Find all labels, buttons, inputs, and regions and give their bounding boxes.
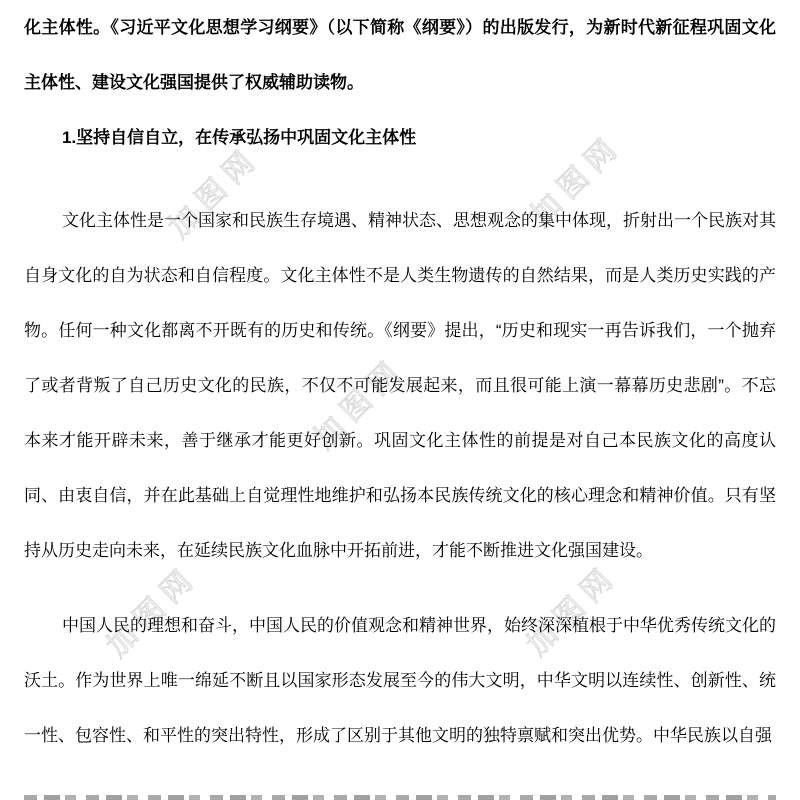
document-page: 加图网加图网加图网加图网加图网 化主体性。《习近平文化思想学习纲要》（以下简称《… bbox=[0, 0, 800, 800]
section-heading: 1.坚持自信自立，在传承弘扬中巩固文化主体性 bbox=[24, 110, 776, 165]
body-paragraph-2: 中国人民的理想和奋斗，中国人民的价值观念和精神世界，始终深深植根于中华优秀传统文… bbox=[24, 598, 776, 763]
document-content: 化主体性。《习近平文化思想学习纲要》（以下简称《纲要》）的出版发行，为新时代新征… bbox=[0, 0, 800, 763]
intro-paragraph: 化主体性。《习近平文化思想学习纲要》（以下简称《纲要》）的出版发行，为新时代新征… bbox=[24, 0, 776, 110]
body-paragraph-1: 文化主体性是一个国家和民族生存境遇、精神状态、思想观念的集中体现，折射出一个民族… bbox=[24, 193, 776, 578]
clipped-text-line-remnant bbox=[24, 795, 776, 800]
